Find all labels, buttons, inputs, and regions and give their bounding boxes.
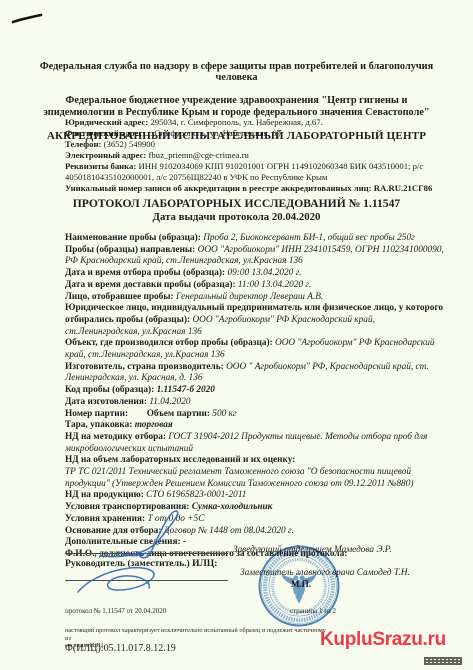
text-line: Дата и время отбора пробы (образца): 09:…	[65, 268, 448, 280]
field-label: НД на методику отбора:	[65, 432, 168, 442]
text-line: НД на методику отбора: ГОСТ 31904-2012 П…	[65, 432, 448, 455]
federal-service-name: Федеральная служба по надзору в сфере за…	[30, 61, 443, 84]
text-line: Условия транспортирования: Сумка-холодил…	[65, 502, 448, 514]
field-label: Электронный адрес:	[65, 150, 149, 160]
footer-protocol-ref: протокол № 1.11547 от 20.04.2020	[65, 607, 166, 615]
text-line: Тара, упаковка: торговая	[65, 420, 448, 432]
field-label: Телефон:	[65, 139, 104, 149]
field-value: 11:00 13.04.2020 г.	[238, 280, 311, 290]
title-block: ПРОТОКОЛ ЛАБОРАТОРНЫХ ИССЛЕДОВАНИЙ № 1.1…	[0, 197, 473, 223]
text-line: Дата и время доставки пробы (образца): 1…	[65, 280, 448, 292]
field-value: торговая	[135, 420, 173, 430]
field-label: Условия хранения:	[65, 514, 147, 524]
text-line: Юридический адрес: 295034, г. Симферопол…	[65, 117, 462, 128]
text-line: Юридическое лицо, индивидуальный предпри…	[65, 303, 448, 338]
text-line: Номер партии: Объем партии: 500 кг	[65, 409, 448, 421]
text-line: Условия хранения: Т от 0 до +5С	[65, 514, 448, 526]
eagle-emblem-icon	[281, 572, 316, 603]
field-label: Пробы (образцы) направлены:	[65, 245, 198, 255]
pixel-code	[424, 657, 462, 665]
field-value: Генеральный директор Левераш А.В.	[176, 292, 323, 302]
field-label: Юридический адрес:	[65, 117, 150, 127]
text-line: Наименование пробы (образца): Проба 2, Б…	[65, 233, 448, 245]
field-label: Условия транспортирования:	[65, 502, 192, 512]
text-line: Пробы (образцы) направлены: ООО "Агробио…	[65, 245, 448, 268]
field-label: Объем партии:	[147, 409, 213, 419]
field-label: Уникальный номер записи об аккредитации …	[65, 183, 432, 193]
field-label: Наименование пробы (образца):	[65, 233, 203, 243]
field-value: Сумка-холодильник	[192, 502, 273, 512]
text-line: Лицо, отобравшее пробы: Генеральный дире…	[65, 292, 448, 304]
field-label: Фактический адрес:	[65, 128, 147, 138]
text-line: Электронный адрес: fbuz_priemn@cge-crime…	[65, 150, 462, 161]
field-value: 500 кг	[212, 409, 236, 419]
field-label: Дата изготовления:	[65, 397, 149, 407]
field-value: г. Симферополь, ул. Набережная, 67.	[147, 128, 282, 138]
field-label: Лицо, отобравшее пробы:	[65, 292, 176, 302]
field-label: Объект, где производился отбор пробы (об…	[65, 338, 275, 348]
text-line: НД на продукцию: СТО 61965823-0001-2011	[65, 490, 448, 502]
field-label: Код пробы (образца):	[65, 385, 157, 395]
official-stamp-seal	[257, 544, 341, 628]
field-value: 295034, г. Симферополь, ул. Набережная, …	[150, 117, 322, 127]
field-label: Номер партии:	[65, 409, 147, 419]
pen-mark	[13, 15, 41, 22]
head-of-lab-label: Руководитель (заместитель.) ИЛЦ:	[65, 558, 217, 569]
text-line: Телефон: (3652) 549900	[65, 139, 462, 150]
form-code: Ф(ИЛЦ):05.11.017.8.12.19	[65, 643, 176, 654]
text-line: ТР ТС 021/2011 Технический регламент Там…	[65, 467, 448, 490]
text-line: Объект, где производился отбор пробы (об…	[65, 338, 448, 361]
body-fields: Наименование пробы (образца): Проба 2, Б…	[65, 233, 448, 561]
protocol-issue-date: Дата выдачи протокола 20.04.2020	[0, 211, 473, 223]
field-value: 11.04.2020	[149, 397, 190, 407]
field-label: Основание для отбора:	[65, 526, 164, 536]
field-value: 1.11547-б 2020	[157, 385, 215, 395]
field-label: НД на продукцию:	[65, 490, 146, 500]
text-line: Основание для отбора: Договор № 1448 от …	[65, 526, 448, 538]
field-value: 09:00 13.04.2020 г.	[227, 268, 301, 278]
text-line: Реквизиты банка: ИНН 9102034069 КПП 9102…	[65, 161, 462, 183]
field-label: Реквизиты банка:	[65, 161, 138, 171]
watermark-kuplusrazu: KupluSrazu.ru	[320, 629, 446, 651]
text-line: Изготовитель, страна производитель: ООО …	[65, 362, 448, 385]
field-label: -	[183, 537, 186, 547]
field-value: (3652) 549900	[104, 139, 155, 149]
disclaimer-line: настоящий протокол характеризует исключи…	[65, 627, 333, 642]
field-label: Изготовитель, страна производитель:	[65, 362, 226, 372]
field-label: Дата и время отбора пробы (образца):	[65, 268, 227, 278]
scanned-protocol-document: Федеральная служба по надзору в сфере за…	[0, 0, 473, 670]
field-label: Дополнительные сведения:	[65, 537, 183, 547]
institution-name: Федеральное бюджетное учреждение здравоо…	[30, 95, 443, 118]
text-line: Фактический адрес: г. Симферополь, ул. Н…	[65, 128, 462, 139]
field-value: Т от 0 до +5С	[147, 514, 204, 524]
text-line: Дата изготовления: 11.04.2020	[65, 397, 448, 409]
field-value: Проба 2, Биоконсервант БИ-1, общий вес п…	[203, 233, 415, 243]
field-value: СТО 61965823-0001-2011	[146, 490, 246, 500]
text-line: Код пробы (образца): 1.11547-б 2020	[65, 385, 448, 397]
signature-line-responsible	[65, 553, 228, 554]
signature-line-head	[65, 580, 228, 581]
text-line: НД на объем лабораторных исследований и …	[65, 455, 448, 467]
contacts-block: Юридический адрес: 295034, г. Симферопол…	[65, 117, 462, 194]
field-label: Тара, упаковка:	[65, 420, 135, 430]
protocol-title: ПРОТОКОЛ ЛАБОРАТОРНЫХ ИССЛЕДОВАНИЙ № 1.1…	[0, 197, 473, 210]
field-label: Дата и время доставки пробы (образца):	[65, 280, 238, 290]
text-line: Уникальный номер записи об аккредитации …	[65, 183, 462, 194]
field-value: Договор № 1448 от 08.04.2020 г.	[164, 526, 294, 536]
field-value: fbuz_priemn@cge-crimea.ru	[149, 150, 249, 160]
field-value: ТР ТС 021/2011 Технический регламент Там…	[65, 467, 413, 489]
field-label: НД на объем лабораторных исследований и …	[65, 455, 295, 465]
